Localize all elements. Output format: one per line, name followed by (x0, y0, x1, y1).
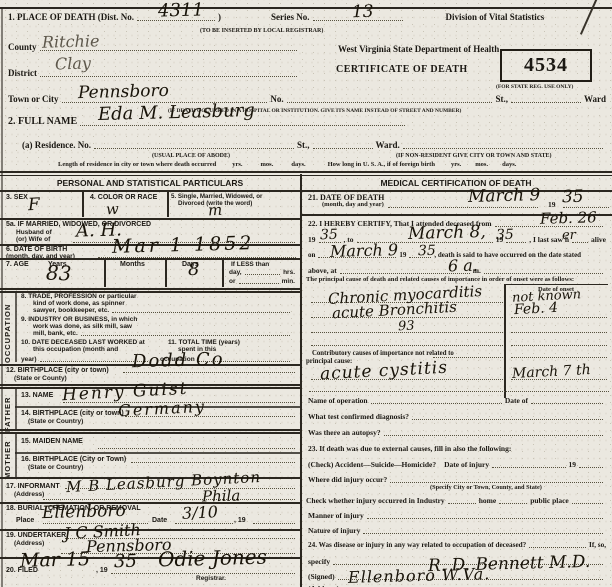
marital-handwriting: m (208, 203, 223, 219)
no-label: No. (270, 94, 283, 104)
dotted-leader (309, 390, 609, 392)
ifso-label: If, so, (589, 541, 606, 549)
trade-label-3: sawyer, bookkeeper, etc. (33, 307, 109, 314)
burial-date-label: Date (152, 517, 167, 524)
dotted-leader (253, 522, 295, 524)
sex-label: 3. SEX (6, 194, 28, 201)
dob-label: 6. DATE OF BIRTH (6, 246, 67, 253)
industry-label-1: 9. INDUSTRY OR BUSINESS, in which (21, 316, 137, 323)
header-rule (0, 190, 300, 192)
district-line: District (8, 68, 300, 78)
onset2-handwriting: Feb. 4 (514, 301, 559, 317)
registrar-label: Registrar. (196, 575, 226, 582)
nature-line: Nature of injury (308, 526, 606, 535)
injury-location-line: Check whether injury occurred in Industr… (306, 496, 606, 505)
dotted-leader (43, 498, 295, 500)
dotted-leader (448, 502, 476, 504)
death-year-handwriting: 35 (562, 189, 584, 207)
county-label: County (8, 42, 37, 52)
mother-bracket (15, 433, 17, 478)
cell-divider (82, 192, 84, 217)
row-rule (0, 429, 300, 431)
district-handwriting: Clay (55, 56, 91, 73)
row-rule (15, 452, 300, 454)
certify-19c: 19 (399, 251, 406, 259)
mother-side-label: MOTHER (3, 437, 12, 479)
dotted-leader (403, 147, 603, 149)
filed-19-label: , 19 (96, 567, 108, 574)
ifless-min-label: min. (282, 278, 295, 285)
operation-line: Name of operation Date of (308, 396, 606, 405)
death-date-handwriting: March 9 (468, 187, 541, 206)
dotted-leader (388, 206, 538, 208)
death-time-handwriting: 6 a. (448, 258, 478, 275)
series-label: Series No. (271, 12, 310, 22)
specify-city-note: (Specify City or Town, County, and State… (430, 484, 542, 491)
dotted-leader (111, 572, 295, 574)
accident-check-label: (Check) Accident—Suicide—Homicide? (308, 460, 436, 469)
signed-label: (Signed) (308, 572, 335, 581)
trade-label-3-line: sawyer, bookkeeper, etc. (33, 307, 293, 314)
ward-label: Ward (584, 94, 606, 104)
date-of-death-sub: (month, day and year) (322, 201, 384, 208)
town-handwriting: Pennsboro (78, 83, 169, 102)
principal-cause-intro: The principal cause of death and related… (306, 276, 610, 283)
dotted-leader (239, 282, 279, 284)
filed-date-handwriting: Mar 15 (20, 550, 91, 571)
ifless-day-label: day, (229, 269, 242, 276)
cause3-handwriting: 93 (398, 320, 415, 334)
father-side-label: FATHER (3, 392, 12, 432)
autopsy-label: Was there an autopsy? (308, 428, 381, 437)
husband-of-label: Husband of (16, 229, 52, 236)
row-rule (0, 432, 300, 434)
injury-location-label: Check whether injury occurred in Industr… (306, 496, 445, 505)
trade-label-1: 8. TRADE, PROFESSION or particular (21, 293, 137, 300)
home-label: home (479, 496, 497, 505)
dotted-leader (511, 101, 581, 103)
dotted-leader (390, 481, 603, 483)
dotted-leader (511, 344, 607, 346)
dotted-leader (81, 334, 290, 336)
mother-birthplace-sub: (State or Country) (28, 464, 83, 471)
sex-handwriting: F (28, 197, 41, 215)
dotted-leader (311, 344, 503, 346)
county-handwriting: Ritchie (42, 33, 100, 50)
father-birthplace-label: 14. BIRTHPLACE (city or town) (21, 410, 124, 417)
length-of-residence-line: Length of residence in city or town wher… (58, 161, 606, 168)
row-rule (0, 258, 300, 260)
dotted-leader (371, 402, 502, 404)
operation-label: Name of operation (308, 396, 368, 405)
father-birthplace-handwriting: Germany (118, 399, 207, 420)
dotted-leader (531, 402, 603, 404)
mos-label: mos. (475, 161, 488, 168)
autopsy-line: Was there an autopsy? (308, 428, 606, 437)
section-rule (0, 175, 612, 177)
occupation-related-label: 24. Was disease or injury in any way rel… (308, 541, 526, 549)
where-injury-line: Where did injury occur? (308, 475, 606, 484)
nonresident-note: (IF NON-RESIDENT GIVE CITY OR TOWN AND S… (396, 153, 552, 159)
cell-divider (165, 259, 167, 287)
manner-label: Manner of injury (308, 511, 364, 520)
onset-column-divider (504, 284, 506, 398)
yrs-label: yrs. (232, 161, 242, 168)
dotted-leader (363, 532, 603, 534)
burial-date-handwriting: 3/10 (182, 504, 219, 522)
accident-line: (Check) Accident—Suicide—Homicide? Date … (308, 460, 606, 469)
burial-19-label: , 19 (234, 517, 246, 524)
dist-close-paren: ) (218, 12, 221, 22)
occupation-related-line: 24. Was disease or injury in any way rel… (308, 541, 606, 549)
dotted-leader (131, 461, 295, 463)
dotted-leader (499, 502, 527, 504)
from-year-handwriting: 35 (320, 228, 338, 242)
dotted-leader (412, 418, 603, 420)
series-no-handwriting: 13 (352, 4, 374, 22)
certify-on-label: on (308, 251, 315, 259)
occupation-side-label: OCCUPATION (3, 295, 12, 363)
dist-no-handwriting: 4311 (158, 1, 204, 20)
row-rule (0, 529, 300, 531)
cell-divider (104, 259, 106, 287)
place-of-death-line: 1. PLACE OF DEATH (Dist. No. ) Series No… (8, 12, 606, 22)
certificate-title: CERTIFICATE OF DEATH (336, 64, 468, 75)
industry-label-2: work was done, as silk mill, saw (33, 323, 132, 330)
to-year-handwriting: 35 (496, 228, 514, 242)
cell-divider (167, 192, 169, 217)
birthplace-sub-label: (State or County) (14, 375, 67, 382)
days-label: days. (502, 161, 516, 168)
mother-birthplace-label: 16. BIRTHPLACE (City or Town) (21, 456, 126, 463)
death-19-label: 19 (548, 200, 556, 209)
dotted-leader (511, 331, 607, 333)
certificate-number-box: 4534 (500, 49, 592, 82)
manner-line: Manner of injury (308, 511, 606, 520)
section-rule (0, 171, 612, 173)
age-days-handwriting: 8 (188, 261, 199, 279)
howlong-label: How long in U. S. A., if of foreign birt… (328, 161, 435, 168)
residence-st-label: St., (297, 140, 310, 150)
residence-label: (a) Residence. No. (22, 140, 91, 150)
marital-label-1: 5. Single, Married, Widowed, or (171, 193, 262, 200)
column-divider (300, 174, 302, 587)
dotted-leader (384, 434, 603, 436)
dotted-leader (484, 272, 603, 274)
full-name-handwriting: Eda M. Leasburg (98, 102, 255, 124)
industry-label-3: mill, bank, etc. (33, 330, 78, 337)
external-causes-label: 23. If death was due to external causes,… (308, 444, 511, 453)
operation-date-label: Date of (505, 396, 528, 405)
department-title: West Virginia State Department of Health (338, 44, 499, 54)
residence-ward-label: Ward. (376, 140, 400, 150)
place-of-death-label: 1. PLACE OF DEATH (Dist. No. (8, 12, 134, 22)
certify-alive-label: alive (591, 235, 606, 244)
undertaker-address-label: (Address) (14, 540, 44, 547)
wife-of-label: (or) Wife of (16, 236, 50, 243)
attended-from-handwriting: Feb. 26 (540, 210, 597, 226)
informant-label: 17. INFORMANT (6, 483, 60, 490)
race-label: 4. COLOR OR RACE (90, 194, 157, 201)
last-worked-label-1: 10. DATE DECEASED LAST WORKED at (21, 339, 145, 346)
row-rule (0, 218, 300, 220)
left-column-header: PERSONAL AND STATISTICAL PARTICULARS (0, 178, 300, 188)
registrar-note: (TO BE INSERTED BY LOCAL REGISTRAR) (200, 28, 323, 34)
dotted-leader (287, 101, 493, 103)
days-label: days. (291, 161, 305, 168)
her-handwriting: er (562, 229, 576, 242)
ifless-min-line: or min. (229, 278, 295, 285)
yrs-label: yrs. (451, 161, 461, 168)
specify-label: specify (308, 557, 330, 566)
birthplace-label: 12. BIRTHPLACE (city or town) (6, 367, 109, 374)
father-name-label: 13. NAME (21, 392, 53, 399)
injury-date-label: Date of injury (444, 460, 489, 469)
dotted-leader (492, 466, 565, 468)
division-label: Division of Vital Statistics (446, 12, 545, 22)
dotted-leader (94, 147, 294, 149)
residence-line: (a) Residence. No. St., Ward. (22, 140, 606, 150)
industry-label-3-line: mill, bank, etc. (33, 330, 293, 337)
test-label: What test confirmed diagnosis? (308, 412, 409, 421)
father-birthplace-sub: (State or Country) (28, 418, 83, 425)
age-years-handwriting: 83 (46, 263, 72, 284)
injury-19-label: 19 (569, 460, 577, 469)
dotted-leader (98, 447, 295, 449)
nature-label: Nature of injury (308, 526, 360, 535)
dotted-leader (511, 356, 607, 358)
cause2-handwriting: acute Bronchitis (332, 300, 458, 322)
top-rule (0, 7, 612, 9)
informant-address-label: (Address) (14, 491, 44, 498)
physician-address-handwriting: Ellenboro W.Va. (348, 566, 491, 586)
age-label: 7. AGE (6, 261, 29, 268)
last-worked-label-2: this occupation (month and (33, 346, 118, 353)
where-injury-label: Where did injury occur? (308, 475, 387, 484)
race-handwriting: w (106, 202, 120, 218)
birthplace-handwriting: Dodd Co (132, 351, 225, 371)
row-rule (0, 288, 300, 290)
dob-handwriting: Mar 1 1852 (112, 234, 255, 257)
dotted-leader (40, 75, 297, 77)
district-label: District (8, 68, 37, 78)
dotted-leader (529, 546, 586, 548)
maiden-name-label: 15. MAIDEN NAME (21, 438, 83, 445)
abode-note: (USUAL PLACE OF ABODE) (152, 153, 230, 159)
dotted-leader (313, 147, 373, 149)
state-reg-note: (FOR STATE REG. USE ONLY) (496, 84, 573, 90)
town-label: Town or City (8, 94, 59, 104)
occupation-bracket (15, 292, 17, 362)
public-place-label: public place (530, 496, 569, 505)
ifless-hrs-label: hrs. (283, 269, 295, 276)
st-label: St., (495, 94, 508, 104)
death-certificate: 1. PLACE OF DEATH (Dist. No. ) Series No… (0, 0, 612, 587)
length-label: Length of residence in city or town wher… (58, 161, 216, 168)
ifless-label: If LESS than (231, 261, 269, 268)
burial-place-handwriting: Ellenboro (42, 503, 126, 522)
last-worked-year-label: year) (21, 356, 37, 363)
dotted-leader (112, 311, 290, 313)
dotted-leader (80, 124, 405, 126)
lastsaw-year-handwriting: 35 (418, 244, 436, 258)
above-at-label: above, at (308, 266, 337, 275)
total-time-label-1: 11. TOTAL TIME (years) (168, 339, 240, 346)
cell-divider (222, 259, 224, 287)
full-name-label: 2. FULL NAME (8, 116, 77, 127)
dotted-leader (245, 273, 281, 275)
last-saw-handwriting: March 9 (330, 242, 399, 260)
onset-box-top (504, 284, 608, 285)
undertaker-label: 19. UNDERTAKER (6, 532, 66, 539)
certificate-number: 4534 (524, 54, 568, 77)
ifless-or-label: or (229, 278, 236, 285)
contrib-onset-handwriting: March 7 th (512, 363, 591, 381)
dotted-leader (579, 466, 603, 468)
father-bracket (15, 388, 17, 430)
certify-19a: 19 (308, 235, 316, 244)
attended-to-handwriting: March 8, (408, 224, 486, 243)
ifless-hrs-line: day, hrs. (229, 269, 295, 276)
dotted-leader (367, 517, 603, 519)
burial-place-label: Place (16, 517, 34, 524)
mos-label: mos. (261, 161, 274, 168)
trade-label-2: kind of work done, as spinner (33, 300, 125, 307)
dotted-leader (572, 502, 603, 504)
filed-year-handwriting: 35 (114, 553, 137, 572)
registrar-signature: Odie Jones (158, 547, 267, 570)
test-line: What test confirmed diagnosis? (308, 412, 606, 421)
age-months-header: Months (120, 261, 145, 268)
